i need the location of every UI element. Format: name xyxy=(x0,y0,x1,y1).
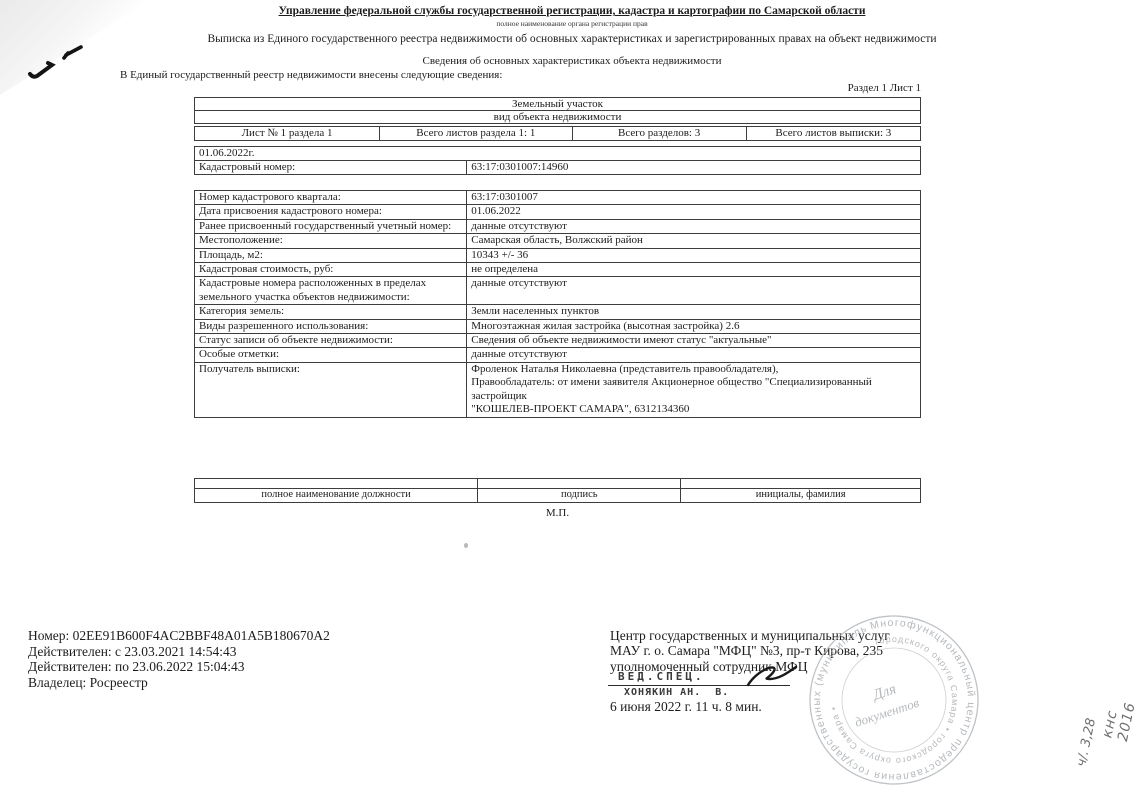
extract-date-cell: 01.06.2022г. xyxy=(195,147,921,161)
table-row: полное наименование должности подпись ин… xyxy=(195,489,921,503)
authority-caption: полное наименование органа регистрации п… xyxy=(0,19,1144,28)
egrn-extract-document: Управление федеральной службы государств… xyxy=(0,0,1144,803)
table-row: Местоположение:Самарская область, Волжск… xyxy=(195,234,921,248)
section-title: Сведения об основных характеристиках объ… xyxy=(0,55,1144,67)
sheet-cell: Всего разделов: 3 xyxy=(572,127,746,141)
row-label: Виды разрешенного использования: xyxy=(195,319,467,333)
row-label: Кадастровая стоимость, руб: xyxy=(195,263,467,277)
table-row: Номер кадастрового квартала:63:17:030100… xyxy=(195,191,921,205)
details-table: Номер кадастрового квартала:63:17:030100… xyxy=(194,190,921,418)
handwritten-note-1: кнс 2016 xyxy=(1099,689,1140,743)
table-row: Кадастровая стоимость, руб:не определена xyxy=(195,263,921,277)
certificate-number: Номер: 02EE91B600F4AC2BBF48A01A5B180670A… xyxy=(28,628,330,644)
table-row: Статус записи об объекте недвижимости:Св… xyxy=(195,334,921,348)
table-row: Лист № 1 раздела 1 Всего листов раздела … xyxy=(195,127,921,141)
row-value: данные отсутствуют xyxy=(467,219,921,233)
row-label: Статус записи об объекте недвижимости: xyxy=(195,334,467,348)
row-label: Площадь, м2: xyxy=(195,248,467,262)
row-value: данные отсутствуют xyxy=(467,277,921,305)
authority-title: Управление федеральной службы государств… xyxy=(0,5,1144,17)
scan-speck xyxy=(464,543,468,548)
table-row: 01.06.2022г. xyxy=(195,147,921,161)
table-row: Категория земель:Земли населенных пункто… xyxy=(195,305,921,319)
row-value: 01.06.2022 xyxy=(467,205,921,219)
signature-header: подпись xyxy=(478,489,681,503)
seal-place-caption: М.П. xyxy=(194,507,921,519)
officer-name-stamp: ХОНЯКИН АН. В. xyxy=(624,687,729,698)
object-type-caption-cell: вид объекта недвижимости xyxy=(195,111,921,124)
intro-line: В Единый государственный реестр недвижим… xyxy=(120,69,502,81)
cadastral-label-cell: Кадастровый номер: xyxy=(195,161,467,175)
handwritten-signature xyxy=(744,663,800,691)
table-row: вид объекта недвижимости xyxy=(195,111,921,124)
table-row: Виды разрешенного использования:Многоэта… xyxy=(195,319,921,333)
sheets-table: Лист № 1 раздела 1 Всего листов раздела … xyxy=(194,126,921,141)
table-row: Кадастровый номер: 63:17:0301007:14960 xyxy=(195,161,921,175)
row-value: данные отсутствуют xyxy=(467,348,921,362)
object-type-table: Земельный участок вид объекта недвижимос… xyxy=(194,97,921,124)
issue-datetime: 6 июня 2022 г. 11 ч. 8 мин. xyxy=(610,699,762,715)
table-row xyxy=(195,479,921,489)
stamp-center-line1: Для xyxy=(869,681,898,704)
certificate-valid-to: Действителен: по 23.06.2022 15:04:43 xyxy=(28,659,330,675)
signature-empty-cell xyxy=(681,479,921,489)
row-label: Категория земель: xyxy=(195,305,467,319)
row-value: Фроленок Наталья Николаевна (представите… xyxy=(467,362,921,417)
table-row: Ранее присвоенный государственный учетны… xyxy=(195,219,921,233)
object-type-cell: Земельный участок xyxy=(195,98,921,111)
round-stamp: Многофункциональный центр предоставления… xyxy=(806,612,982,788)
row-value: Сведения об объекте недвижимости имеют с… xyxy=(467,334,921,348)
row-value: 10343 +/- 36 xyxy=(467,248,921,262)
certificate-valid-from: Действителен: с 23.03.2021 14:54:43 xyxy=(28,644,330,660)
row-label: Ранее присвоенный государственный учетны… xyxy=(195,219,467,233)
row-label: Дата присвоения кадастрового номера: xyxy=(195,205,467,219)
row-value: Земли населенных пунктов xyxy=(467,305,921,319)
cadastral-value-cell: 63:17:0301007:14960 xyxy=(467,161,921,175)
table-row: Площадь, м2:10343 +/- 36 xyxy=(195,248,921,262)
signature-table: полное наименование должности подпись ин… xyxy=(194,478,921,503)
row-label: Особые отметки: xyxy=(195,348,467,362)
section-sheet-label: Раздел 1 Лист 1 xyxy=(194,82,921,94)
sheet-cell: Лист № 1 раздела 1 xyxy=(195,127,380,141)
sheet-cell: Всего листов раздела 1: 1 xyxy=(380,127,572,141)
row-label: Кадастровые номера расположенных в преде… xyxy=(195,277,467,305)
signature-certificate-block: Номер: 02EE91B600F4AC2BBF48A01A5B180670A… xyxy=(28,628,330,690)
cadastral-table: 01.06.2022г. Кадастровый номер: 63:17:03… xyxy=(194,146,921,175)
row-value: Многоэтажная жилая застройка (высотная з… xyxy=(467,319,921,333)
certificate-owner: Владелец: Росреестр xyxy=(28,675,330,691)
row-label: Местоположение: xyxy=(195,234,467,248)
document-title: Выписка из Единого государственного реес… xyxy=(0,33,1144,45)
row-label: Номер кадастрового квартала: xyxy=(195,191,467,205)
handwritten-note-2: ч/. 3,28 xyxy=(1074,717,1099,768)
row-label: Получатель выписки: xyxy=(195,362,467,417)
table-row: Получатель выписки:Фроленок Наталья Нико… xyxy=(195,362,921,417)
table-row: Особые отметки:данные отсутствуют xyxy=(195,348,921,362)
initials-header: инициалы, фамилия xyxy=(681,489,921,503)
row-value: Самарская область, Волжский район xyxy=(467,234,921,248)
signature-empty-cell xyxy=(195,479,478,489)
table-row: Дата присвоения кадастрового номера:01.0… xyxy=(195,205,921,219)
row-value: не определена xyxy=(467,263,921,277)
table-row: Кадастровые номера расположенных в преде… xyxy=(195,277,921,305)
row-value: 63:17:0301007 xyxy=(467,191,921,205)
table-row: Земельный участок xyxy=(195,98,921,111)
sheet-cell: Всего листов выписки: 3 xyxy=(746,127,920,141)
signature-empty-cell xyxy=(478,479,681,489)
officer-position-stamp: ВЕД.СПЕЦ. xyxy=(618,670,705,683)
position-header: полное наименование должности xyxy=(195,489,478,503)
